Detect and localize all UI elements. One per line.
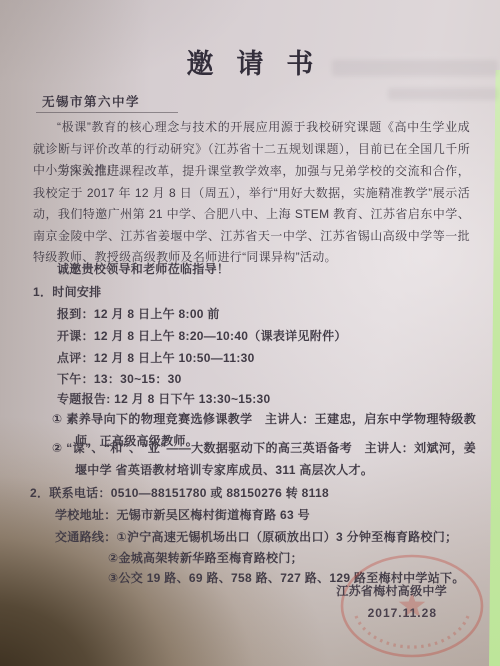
schedule-item-report-time: 专题报告: 12 月 8 日下午 13:30~15:30 xyxy=(57,389,467,411)
ink-bleed-through-mark xyxy=(388,88,498,100)
route-item-2: ②金城高架转新华路至梅育路校门； xyxy=(108,548,478,570)
schedule-item-afternoon: 下午：13：30~15：30 xyxy=(57,369,467,391)
contact-phone: 2．联系电话：0510—88151780 或 88150276 转 8118 xyxy=(30,483,470,505)
recipient-school-name: 无锡市第六中学 xyxy=(42,92,140,110)
invitation-letter-photo: 邀请书 无锡市第六中学 “极课”教育的核心理念与技术的开展应用源于我校研究课题《… xyxy=(0,0,500,666)
signature-school: 江苏省梅村高级中学 xyxy=(0,581,447,603)
contact-address: 学校地址：无锡市新吴区梅村街道梅育路 63 号 xyxy=(55,505,475,527)
signature-date: 2017.11.28 xyxy=(0,603,437,625)
schedule-item-checkin: 报到：12 月 8 日上午 8:00 前 xyxy=(57,304,467,326)
schedule-heading: 1．时间安排 xyxy=(33,282,101,304)
schedule-item-review: 点评：12 月 8 日上午 10:50—11:30 xyxy=(57,348,467,370)
background-green-edge xyxy=(489,70,500,666)
paragraph-invitation: 诚邀贵校领导和老师莅临指导！ xyxy=(33,259,470,281)
school-name-underline xyxy=(36,112,178,113)
schedule-item-classes: 开课：12 月 8 日上午 8:20—10:40（课表详见附件） xyxy=(57,326,467,348)
report-item-2: ② “谋”、“和”、“业”——大数据驱动下的高三英语备考 主讲人：刘斌河，姜堰中… xyxy=(52,438,476,481)
document-title: 邀请书 xyxy=(0,42,500,81)
route-item-1: 交通路线：①沪宁高速无锡机场出口（原硕放出口）3 分钟至梅育路校门； xyxy=(55,527,475,549)
paragraph-event: 为深入推进课程改革，提升课堂教学效率，加强与兄弟学校的交流和合作，我校定于 20… xyxy=(33,161,470,269)
